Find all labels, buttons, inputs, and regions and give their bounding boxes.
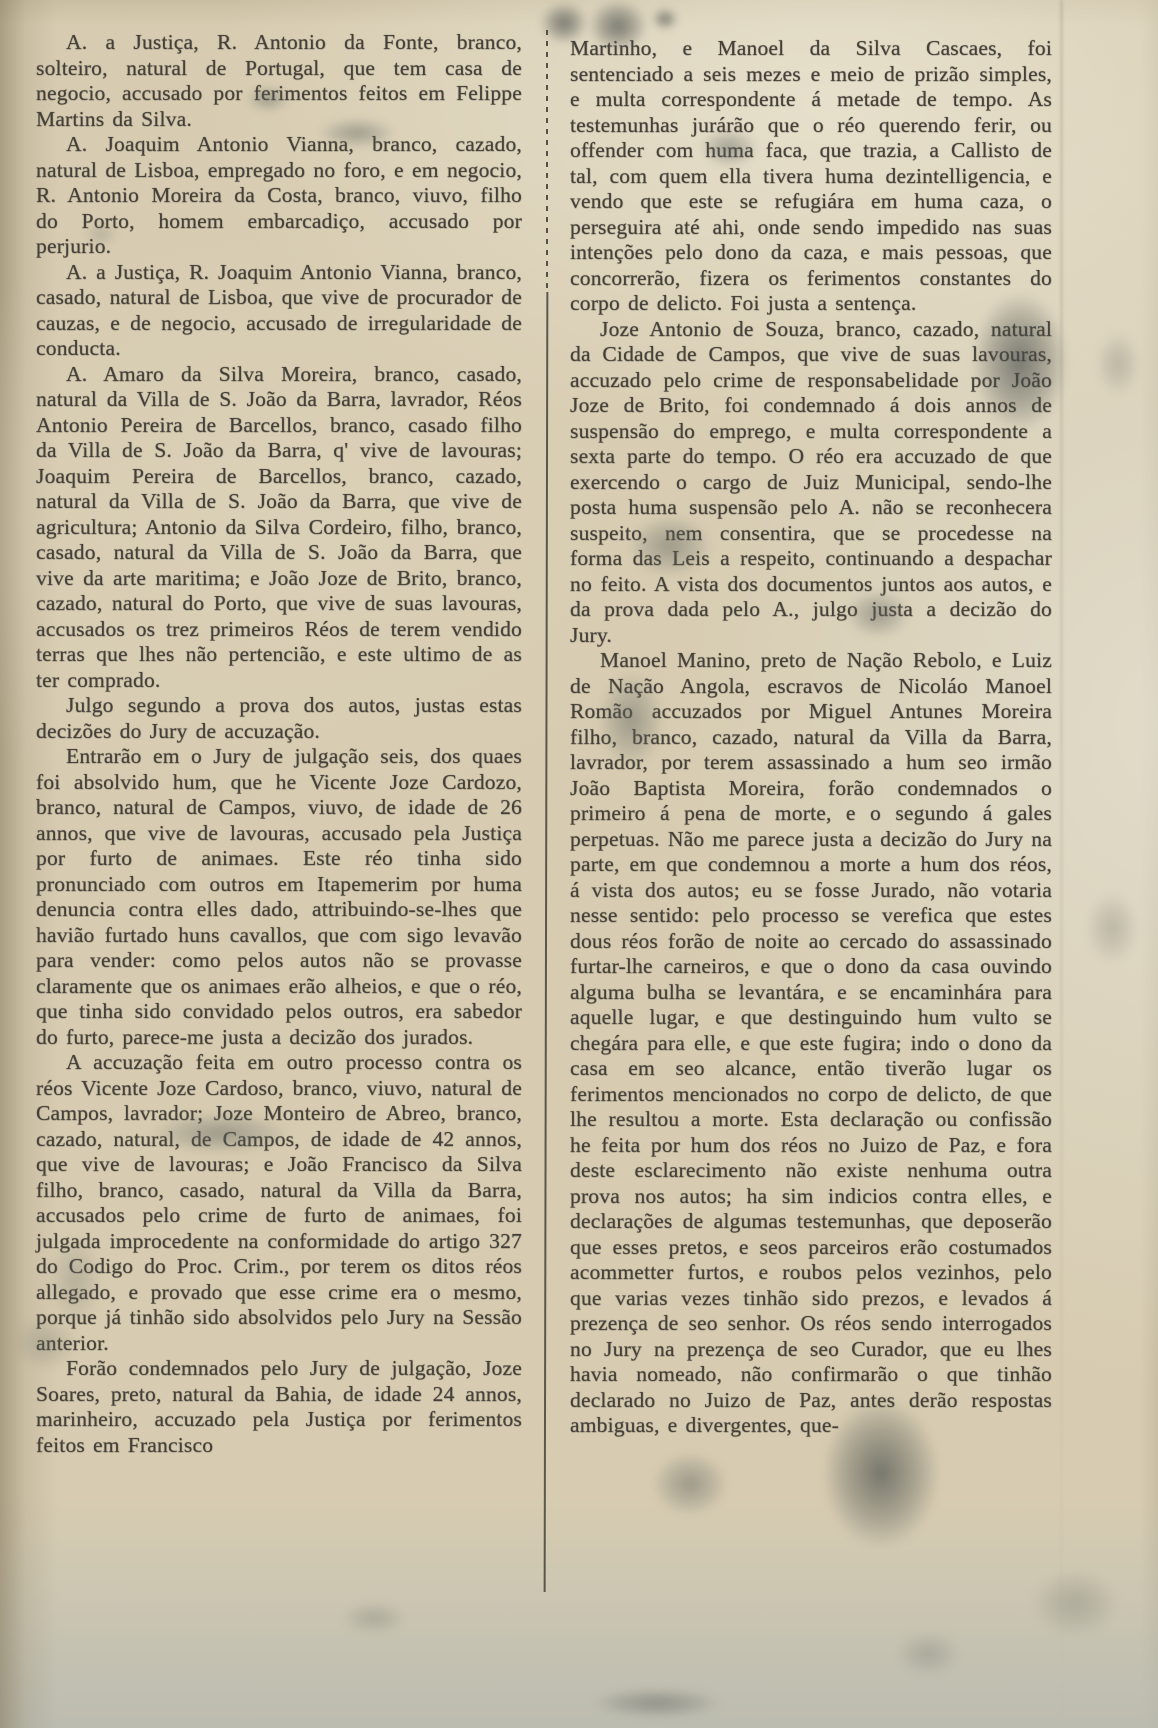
paragraph: Entrarão em o Jury de julgação seis, dos… bbox=[36, 744, 522, 1050]
ink-stain bbox=[700, 128, 758, 168]
ink-stain bbox=[896, 1632, 960, 1676]
paragraph: A. a Justiça, R. Joaquim Antonio Vianna,… bbox=[36, 260, 522, 362]
ink-stain bbox=[246, 86, 290, 112]
ink-stain bbox=[150, 1112, 290, 1154]
scanned-page: A. a Justiça, R. Antonio da Fonte, branc… bbox=[0, 0, 1158, 1728]
ink-stain bbox=[628, 515, 712, 577]
ink-stain bbox=[598, 672, 664, 768]
paragraph: Manoel Manino, preto de Nação Rebolo, e … bbox=[570, 648, 1052, 1439]
paragraph: Forão condemnados pelo Jury de julgação,… bbox=[36, 1356, 522, 1458]
paragraph: A accuzação feita em outro processo cont… bbox=[36, 1050, 522, 1356]
ink-stain bbox=[846, 590, 910, 638]
ink-stain bbox=[84, 222, 118, 246]
ink-stain bbox=[540, 2, 588, 44]
ink-stain bbox=[1096, 332, 1140, 396]
ink-stain bbox=[1086, 892, 1138, 964]
ink-stain bbox=[652, 1452, 728, 1516]
ink-stain bbox=[48, 1234, 102, 1326]
column-divider-dashed bbox=[546, 30, 548, 292]
paragraph: Martinho, e Manoel da Silva Cascaes, foi… bbox=[570, 36, 1052, 317]
ink-stain bbox=[14, 1316, 78, 1370]
ink-stain bbox=[342, 1602, 406, 1634]
page-crease bbox=[1060, 0, 1063, 1728]
paragraph: A. a Justiça, R. Antonio da Fonte, branc… bbox=[36, 30, 522, 132]
ink-stain bbox=[1032, 1570, 1118, 1636]
paragraph: A. Amaro da Silva Moreira, branco, casad… bbox=[36, 362, 522, 694]
ink-stain bbox=[972, 292, 1068, 432]
ink-stain bbox=[652, 8, 678, 30]
ink-stain bbox=[318, 118, 396, 148]
column-divider bbox=[544, 292, 549, 1592]
paragraph: Julgo segundo a prova dos autos, justas … bbox=[36, 693, 522, 744]
ink-stain bbox=[588, 0, 648, 52]
ink-stain bbox=[592, 1688, 722, 1718]
ink-stain bbox=[822, 1398, 940, 1548]
